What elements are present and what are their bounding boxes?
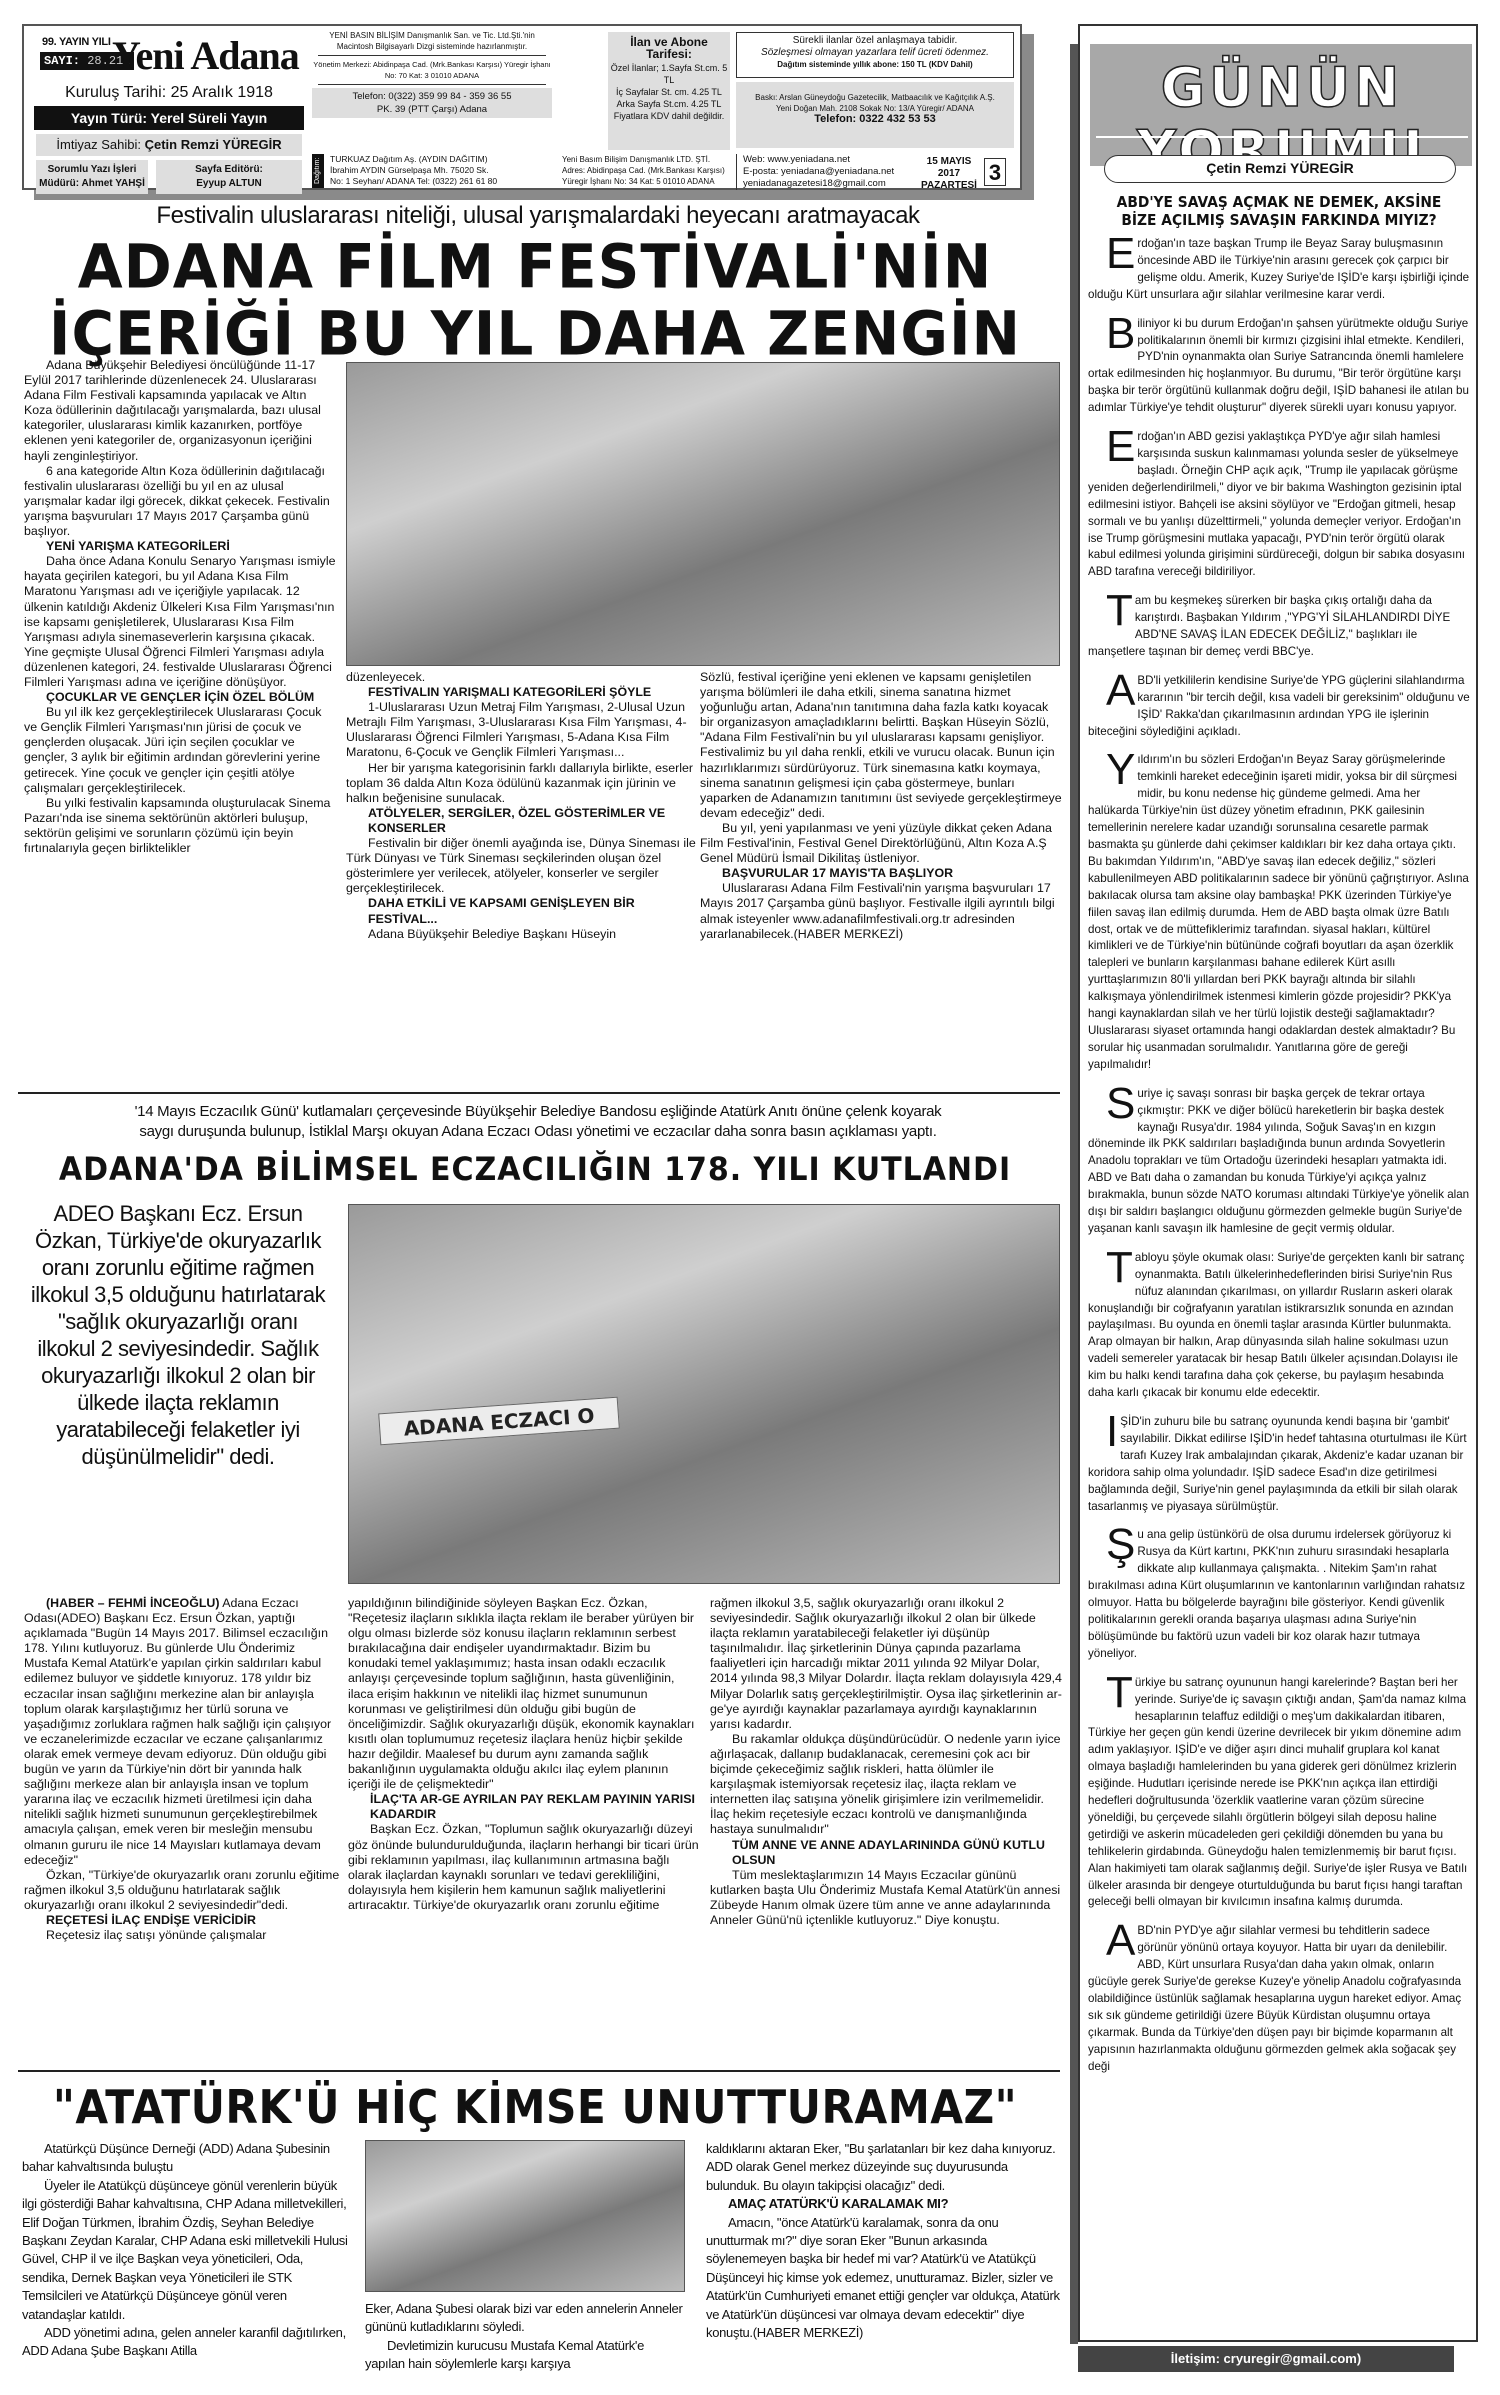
- opinion-paragraph: Suriye iç savaşı sonrası bir başka gerçe…: [1088, 1086, 1470, 1238]
- distribution-info: Dağıtım: TURKUAZ Dağıtım Aş. (AYDIN DAĞI…: [312, 154, 562, 188]
- festival-photo: [346, 362, 1060, 666]
- paragraph: (HABER – FEHMİ İNCEOĞLU) Adana Eczacı Od…: [24, 1596, 340, 1868]
- subheading: DAHA ETKİLİ VE KAPSAMI GENİŞLEYEN BİR FE…: [346, 896, 696, 926]
- opinion-paragraph: IŞİD'in zuhuru bile bu satranç oyununda …: [1088, 1414, 1470, 1515]
- article3-column-1: Atatürkçü Düşünce Derneği (ADD) Adana Şu…: [22, 2140, 352, 2361]
- masthead: 99. YAYIN YILI SAYI: 28.212 Yeni Adana K…: [22, 24, 1022, 190]
- owner: İmtiyaz Sahibi: Çetin Remzi YÜREGİR: [36, 134, 302, 156]
- columnist-name: Çetin Remzi YÜREGİR: [1104, 155, 1456, 183]
- subheading: TÜM ANNE VE ANNE ADAYLARININDA GÜNÜ KUTL…: [710, 1838, 1062, 1868]
- paragraph: Üyeler ile Atatükçü düşünceye gönül vere…: [22, 2177, 352, 2324]
- banner-text: ADANA ECZACI O: [378, 1397, 620, 1446]
- publication-type: Yayın Türü: Yerel Süreli Yayın: [34, 106, 304, 130]
- paragraph: 1-Uluslararası Uzun Metraj Film Yarışmas…: [346, 700, 696, 760]
- opinion-paragraph: Erdoğan'ın taze başkan Trump ile Beyaz S…: [1088, 236, 1470, 304]
- opinion-paragraph: Türkiye bu satranç oyununun hangi karele…: [1088, 1675, 1470, 1912]
- columnist-contact[interactable]: İletişim: cryuregir@gmail.com): [1078, 2346, 1454, 2372]
- opinion-paragraph: Tam bu keşmekeş sürerken bir başka çıkış…: [1088, 593, 1470, 661]
- article3-column-2: Eker, Adana Şubesi olarak bizi var eden …: [365, 2300, 685, 2374]
- opinion-paragraph: ABD'li yetkililerin kendisine Suriye'de …: [1088, 673, 1470, 741]
- paragraph: ADD yönetimi adına, gelen anneler karanf…: [22, 2324, 352, 2361]
- subheading: ÇOCUKLAR VE GENÇLER İÇİN ÖZEL BÖLÜM: [24, 690, 336, 705]
- paragraph: Özkan, "Türkiye'de okuryazarlık oranı zo…: [24, 1868, 340, 1913]
- opinion-paragraph: Tabloyu şöyle okumak olası: Suriye'de ge…: [1088, 1250, 1470, 1402]
- managing-editor: Sorumlu Yazı İşleriMüdürü: Ahmet YAHŞİ: [36, 160, 148, 194]
- opinion-headline: ABD'YE SAVAŞ AÇMAK NE DEMEK, AKSİNE BİZE…: [1103, 193, 1454, 229]
- paragraph: Uluslararası Adana Film Festivali'nin ya…: [700, 881, 1062, 941]
- paragraph: kaldıklarını aktaran Eker, "Bu şarlatanl…: [706, 2140, 1060, 2195]
- opinion-paragraph: Yıldırım'ın bu sözleri Erdoğan'ın Beyaz …: [1088, 752, 1470, 1073]
- add-members-photo: [365, 2140, 685, 2292]
- distribution-tag: Dağıtım:: [312, 154, 324, 188]
- article2-column-2: yapıldığının bilindiğinide söyleyen Başk…: [348, 1596, 700, 1913]
- subheading: REÇETESİ İLAÇ ENDİŞE VERİCİDİR: [24, 1913, 340, 1928]
- title-underline: [1096, 136, 1468, 138]
- management-address: Yönetim Merkezi: Abidinpaşa Cad. (Mrk.Ba…: [312, 59, 552, 81]
- paragraph: Atatürkçü Düşünce Derneği (ADD) Adana Şu…: [22, 2140, 352, 2177]
- paragraph: Tüm meslektaşlarımızın 14 Mayıs Eczacıla…: [710, 1868, 1062, 1928]
- distribution-line: İbrahim AYDIN Gürselpaşa Mh. 75020 Sk.: [330, 165, 497, 176]
- typesetting-note: YENİ BASIN BİLİŞİM Danışmanlık San. ve T…: [312, 30, 552, 52]
- paragraph: Amacın, "önce Atatürk'ü karalamak, sonra…: [706, 2214, 1060, 2343]
- subheading: BAŞVURULAR 17 MAYIS'TA BAŞLIYOR: [700, 866, 1062, 881]
- subheading: İLAÇ'TA AR-GE AYRILAN PAY REKLAM PAYININ…: [348, 1792, 700, 1822]
- subheading: ATÖLYELER, SERGİLER, ÖZEL GÖSTERİMLER VE…: [346, 806, 696, 836]
- paragraph: Bu yıl ilk kez gerçekleştirilecek Ulusla…: [24, 705, 336, 796]
- opinion-paragraph: Erdoğan'ın ABD gezisi yaklaştıkça PYD'ye…: [1088, 429, 1470, 581]
- paragraph: Bu yılki festivalin kapsamında oluşturul…: [24, 796, 336, 856]
- paragraph: rağmen ilkokul 3,5, sağlık okuryazarlığı…: [710, 1596, 1062, 1732]
- subheading: YENİ YARIŞMA KATEGORİLERİ: [24, 539, 336, 554]
- paragraph: Bu rakamlar oldukça düşündürücüdür. O ne…: [710, 1732, 1062, 1838]
- article1-headline: ADANA FİLM FESTİVALİ'NİN İÇERİĞİ BU YIL …: [10, 233, 1060, 367]
- paragraph: Daha önce Adana Konulu Senaryo Yarışması…: [24, 554, 336, 690]
- paragraph: Bu yıl, yeni yapılanması ve yeni yüzüyle…: [700, 821, 1062, 866]
- masthead-address: YENİ BASIN BİLİŞİM Danışmanlık San. ve T…: [312, 30, 552, 118]
- sidebar-shadow: [1070, 44, 1078, 2344]
- article1-column-2: düzenleyecek.FESTİVALIN YARIŞMALI KATEGO…: [346, 670, 696, 942]
- paragraph: Adana Büyükşehir Belediyesi öncülüğünde …: [24, 358, 336, 464]
- article2-column-1: (HABER – FEHMİ İNCEOĞLU) Adana Eczacı Od…: [24, 1596, 340, 1943]
- opinion-paragraph: Biliniyor ki bu durum Erdoğan'ın şahsen …: [1088, 316, 1470, 417]
- article1-kicker: Festivalin uluslararası niteliği, ulusal…: [18, 202, 1058, 230]
- printing-box: Baskı: Arslan Güneydoğu Gazetecilik, Mat…: [736, 82, 1014, 148]
- article2-lead: '14 Mayıs Eczacılık Günü' kutlamaları çe…: [18, 1102, 1058, 1142]
- contact-info: Web: www.yeniadana.net E-posta: yeniadan…: [736, 154, 916, 190]
- issue-date: 15 MAYIS 2017 PAZARTESİ: [914, 156, 984, 192]
- gmail-link[interactable]: yeniadanagazetesi18@gmail.com: [743, 178, 916, 190]
- subheading: AMAÇ ATATÜRK'Ü KARALAMAK MI?: [706, 2195, 1060, 2213]
- paragraph: Reçetesiz ilaç satışı yönünde çalışmalar: [24, 1928, 340, 1943]
- opinion-paragraph: Şu ana gelip üstünkörü de olsa durumu ir…: [1088, 1527, 1470, 1662]
- article3-column-3: kaldıklarını aktaran Eker, "Bu şarlatanl…: [706, 2140, 1060, 2342]
- newspaper-logo: Yeni Adana: [112, 32, 299, 79]
- paragraph: Festivalin bir diğer önemli ayağında ise…: [346, 836, 696, 896]
- pharmacists-photo: ADANA ECZACI O: [348, 1204, 1060, 1584]
- ad-rates-box: İlan ve Abone Tarifesi: Özel İlanlar; 1.…: [608, 32, 730, 150]
- website-link[interactable]: Web: www.yeniadana.net: [743, 154, 916, 166]
- terms-box: Sürekli ilanlar özel anlaşmaya tabidir. …: [736, 32, 1014, 78]
- article1-column-1: Adana Büyükşehir Belediyesi öncülüğünde …: [24, 358, 336, 856]
- phone-box: Telefon: 0(322) 359 99 84 - 359 36 55PK.…: [312, 88, 552, 118]
- subheading: FESTİVALIN YARIŞMALI KATEGORİLERİ ŞÖYLE: [346, 685, 696, 700]
- email-link[interactable]: E-posta: yeniadana@yeniadana.net: [743, 166, 916, 178]
- opinion-paragraph: ABD'nin PYD'ye ağır silahlar vermesi bu …: [1088, 1923, 1470, 2075]
- paragraph: Eker, Adana Şubesi olarak bizi var eden …: [365, 2300, 685, 2337]
- opinion-body: Erdoğan'ın taze başkan Trump ile Beyaz S…: [1088, 236, 1470, 2088]
- page-editor: Sayfa Editörü:Eyyup ALTUN: [156, 160, 302, 194]
- paragraph: Devletimizin kurucusu Mustafa Kemal Atat…: [365, 2337, 685, 2374]
- paragraph: Adana Büyükşehir Belediye Başkanı Hüseyi…: [346, 927, 696, 942]
- publication-year: 99. YAYIN YILI: [42, 36, 111, 48]
- paragraph: düzenleyecek.: [346, 670, 696, 685]
- divider: [18, 1092, 1060, 1094]
- article1-column-3: Sözlü, festival içeriğine yeni eklenen v…: [700, 670, 1062, 942]
- page-number: 3: [984, 158, 1006, 186]
- paragraph: Başkan Ecz. Özkan, "Toplumun sağlık okur…: [348, 1822, 700, 1913]
- article2-column-3: rağmen ilkokul 3,5, sağlık okuryazarlığı…: [710, 1596, 1062, 1928]
- article3-headline: "ATATÜRK'Ü HİÇ KİMSE UNUTTURAMAZ": [52, 2080, 1018, 2134]
- publisher-address: Yeni Basım Bilişim Danışmanlık LTD. ŞTİ.…: [562, 154, 730, 187]
- divider: [18, 2070, 1060, 2072]
- byline: (HABER – FEHMİ İNCEOĞLU): [46, 1596, 219, 1610]
- distribution-line: TURKUAZ Dağıtım Aş. (AYDIN DAĞITIM): [330, 154, 497, 165]
- paragraph: 6 ana kategoride Altın Koza ödüllerinin …: [24, 464, 336, 539]
- founding-date: Kuruluş Tarihi: 25 Aralık 1918: [34, 84, 304, 102]
- paragraph: yapıldığının bilindiğinide söyleyen Başk…: [348, 1596, 700, 1792]
- paragraph: Her bir yarışma kategorisinin farklı dal…: [346, 761, 696, 806]
- paragraph: Sözlü, festival içeriğine yeni eklenen v…: [700, 670, 1062, 821]
- article2-pull-quote: ADEO Başkanı Ecz. Ersun Özkan, Türkiye'd…: [28, 1200, 328, 1470]
- distribution-line: No: 1 Seyhan/ ADANA Tel: (0322) 261 61 8…: [330, 176, 497, 187]
- article2-headline: ADANA'DA BİLİMSEL ECZACILIĞIN 178. YILI …: [42, 1150, 1029, 1188]
